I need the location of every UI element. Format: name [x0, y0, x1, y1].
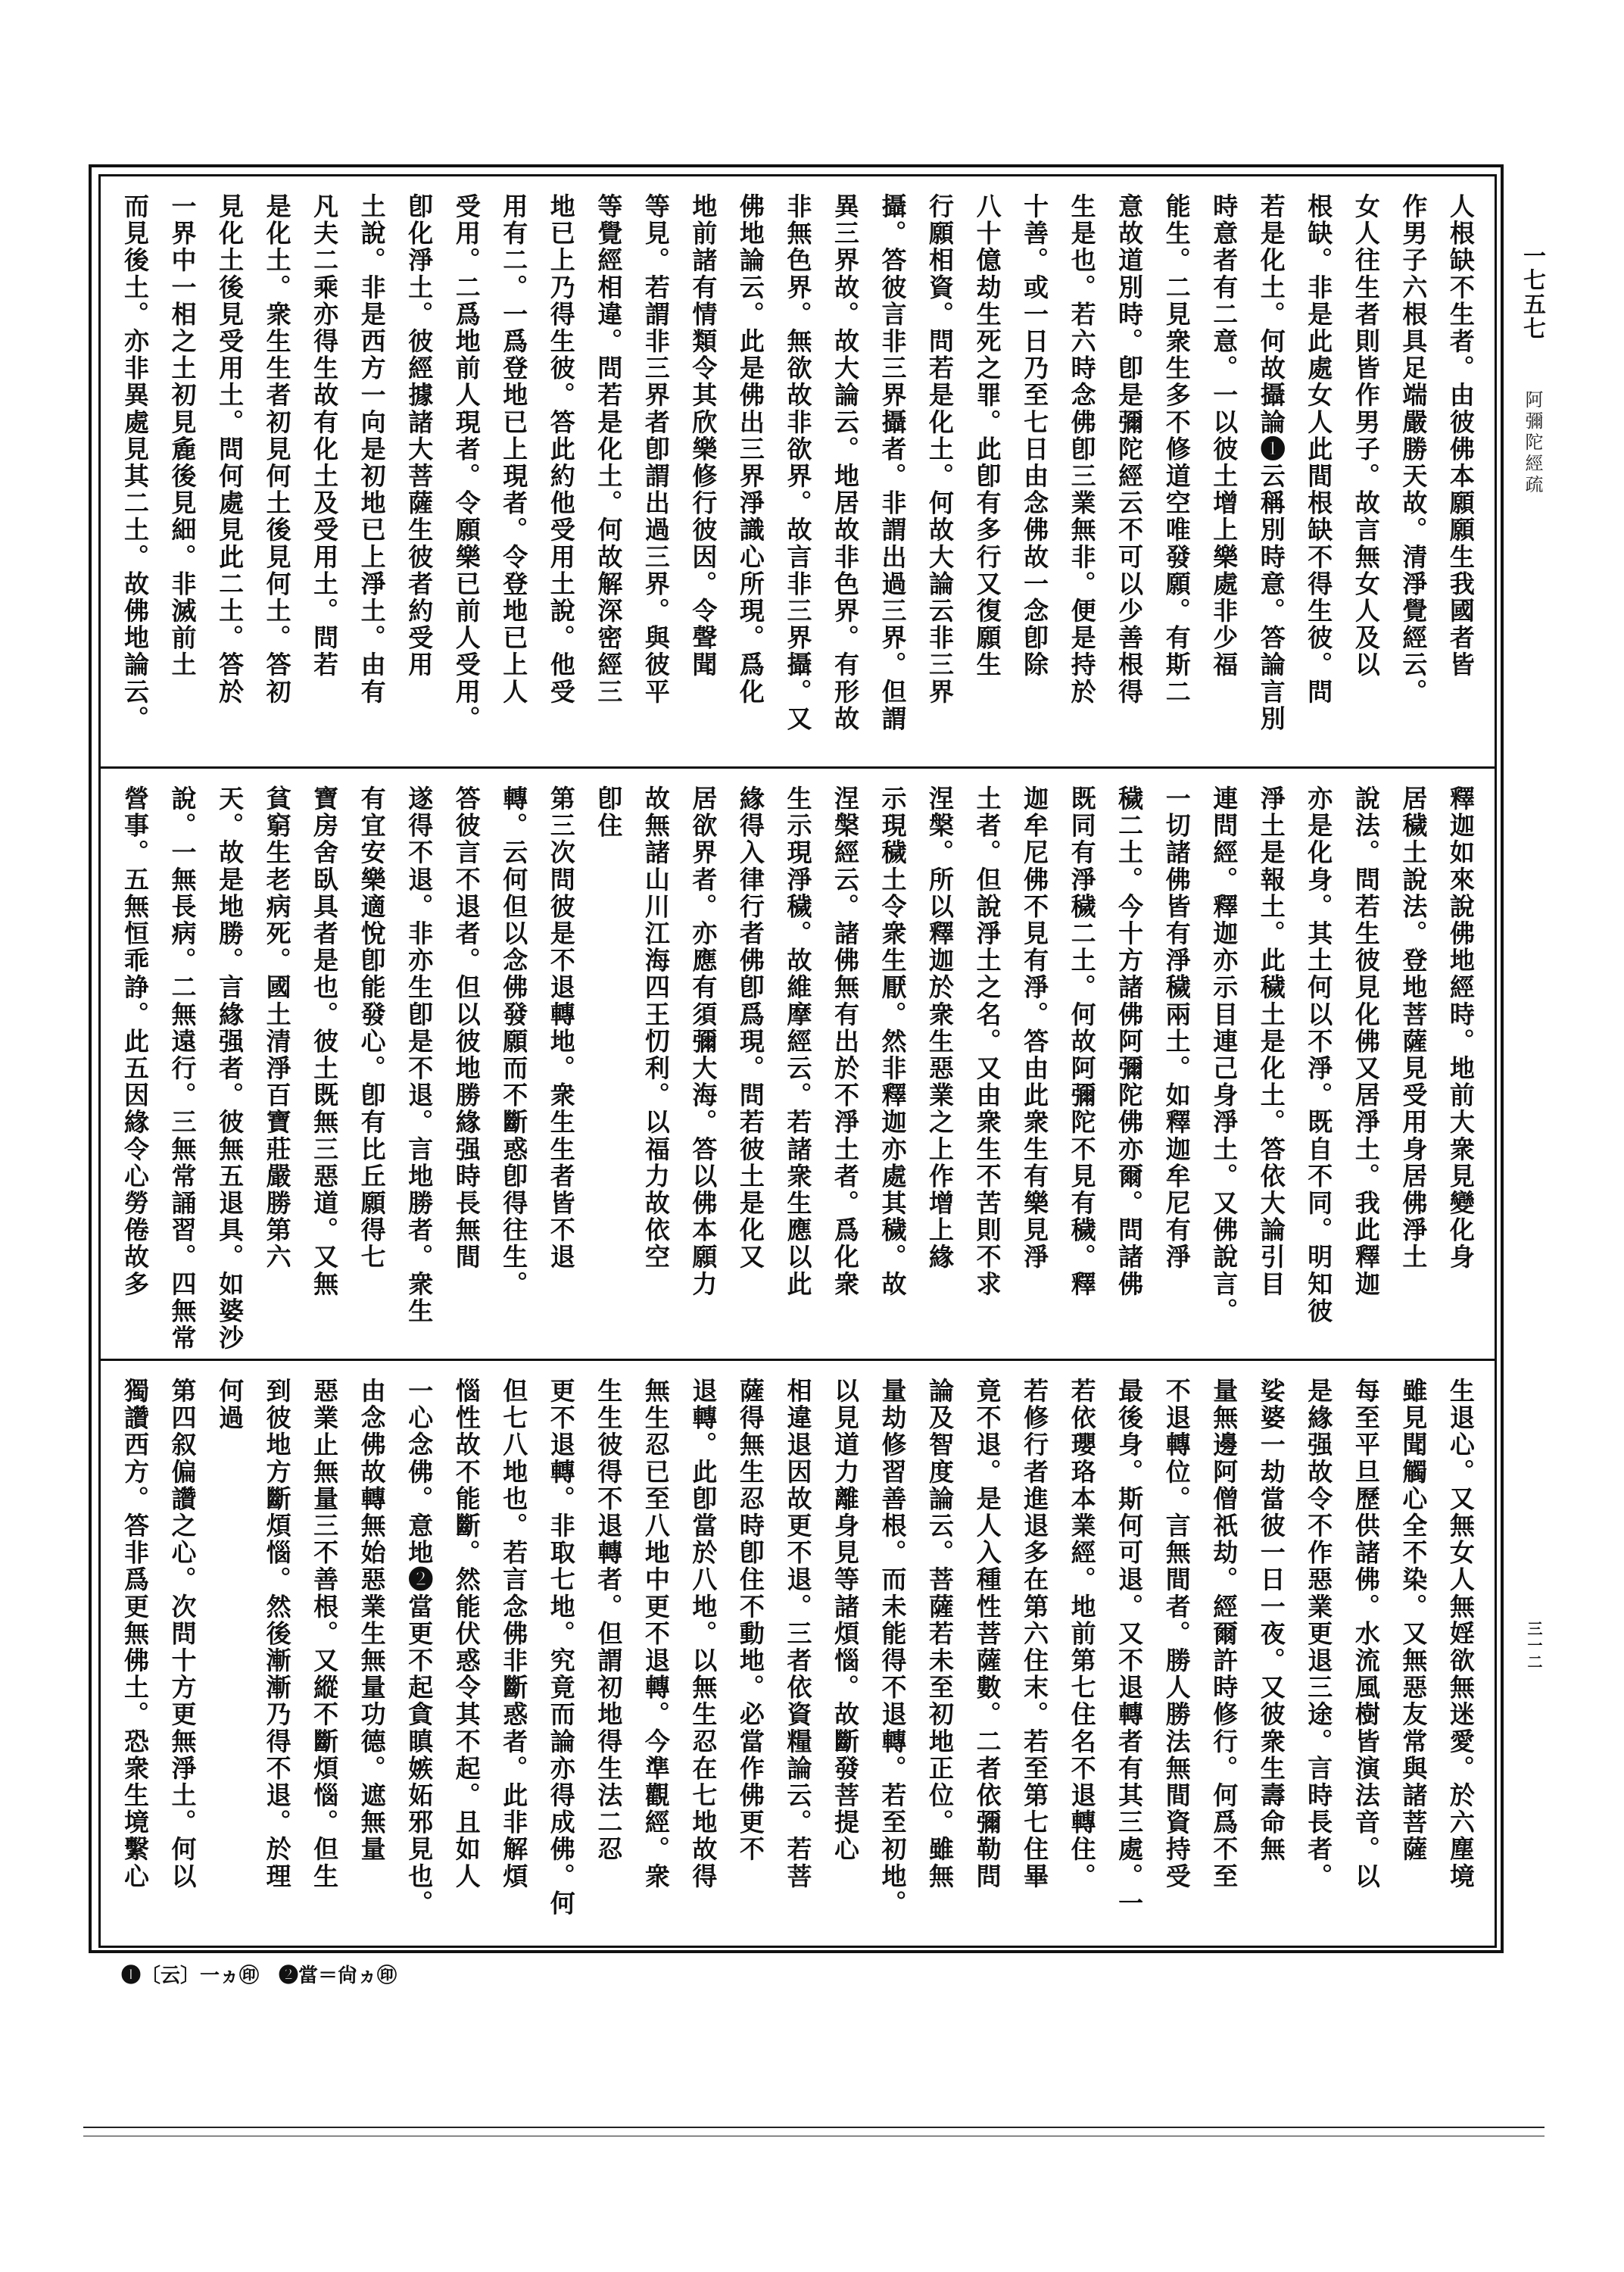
text-column: 生是也。若六時念佛卽三業無非。便是持於 — [1058, 176, 1105, 766]
text-column: 到彼地方斷煩惱。然後漸漸乃得不退。於理 — [254, 1361, 301, 1946]
text-column: 淨土是報土。此穢土是化土。答依大論引目 — [1248, 769, 1295, 1359]
text-column: 人根缺不生者。由彼佛本願願生我國者皆 — [1437, 176, 1484, 766]
text-column: 若修行者進退多在第六住末。若至第七住畢 — [1011, 1361, 1058, 1946]
text-column: 說。一無長病。二無遠行。三無常誦習。四無常 — [159, 769, 206, 1359]
text-column: 地前諸有情類令其欣樂修行彼因。令聲聞 — [679, 176, 726, 766]
text-column: 女人往生者則皆作男子。故言無女人及以 — [1342, 176, 1389, 766]
text-column: 涅槃經云。諸佛無有出於不淨土者。爲化衆 — [821, 769, 868, 1359]
text-column: 生生彼得不退轉者。但謂初地得生法二忍 — [584, 1361, 631, 1946]
text-column: 一界中一相之土初見麁後見細。非滅前土 — [159, 176, 206, 766]
text-column: 根缺。非是此處女人此間根缺不得生彼。問 — [1295, 176, 1342, 766]
text-column: 竟不退。是人入種性菩薩數。二者依彌勒問 — [964, 1361, 1011, 1946]
text-column: 答彼言不退者。但以彼地勝緣强時長無間 — [443, 769, 490, 1359]
text-column: 凡夫二乘亦得生故有化土及受用土。問若 — [301, 176, 348, 766]
text-column: 最後身。斯何可退。又不退轉者有其三處。一 — [1105, 1361, 1152, 1946]
text-column: 雖見聞觸心全不染。又無惡友常與諸菩薩 — [1389, 1361, 1436, 1946]
text-band-middle: 釋迦如來說佛地經時。地前大衆見變化身居穢土說法。登地菩薩見受用身居佛淨土說法。問… — [101, 769, 1495, 1359]
text-column: 無生忍已至八地中更不退轉。今準觀經。衆 — [632, 1361, 679, 1946]
text-column: 八十億劫生死之罪。此卽有多行又復願生 — [964, 176, 1011, 766]
text-column: 說法。問若生彼見化佛又居淨土。我此釋迦 — [1342, 769, 1389, 1359]
text-column: 一心念佛。意地❷當更不起貪瞋嫉妬邪見也。 — [395, 1361, 442, 1946]
text-column: 薩得無生忍時卽住不動地。必當作佛更不 — [727, 1361, 774, 1946]
text-column: 轉。云何但以念佛發願而不斷惑卽得往生。 — [490, 769, 537, 1359]
text-column: 惱性故不能斷。然能伏惑令其不起。且如人 — [443, 1361, 490, 1946]
volume-number: 一七五七 — [1519, 244, 1545, 341]
text-column: 連問經。釋迦亦示目連己身淨土。又佛說言。 — [1200, 769, 1247, 1359]
text-column: 娑婆一劫當彼一日一夜。又彼衆生壽命無 — [1248, 1361, 1295, 1946]
text-column: 由念佛故轉無始惡業生無量功德。遮無量 — [348, 1361, 395, 1946]
text-column: 不退轉位。言無間者。勝人勝法無間資持受 — [1153, 1361, 1200, 1946]
text-column: 攝。答彼言非三界攝者。非謂出過三界。但謂 — [869, 176, 916, 766]
text-column: 營事。五無恒乖諍。此五因緣令心勞倦故多 — [111, 769, 158, 1359]
text-column: 既同有淨穢二土。何故阿彌陀不見有穢。釋 — [1058, 769, 1105, 1359]
text-column: 第四叙偏讚之心。次問十方更無淨土。何以 — [159, 1361, 206, 1946]
text-column: 獨讚西方。答非爲更無佛土。恐衆生境繫心 — [111, 1361, 158, 1946]
text-column: 卽化淨土。彼經據諸大菩薩生彼者約受用 — [395, 176, 442, 766]
text-column: 一切諸佛皆有淨穢兩土。如釋迦牟尼有淨 — [1153, 769, 1200, 1359]
text-column: 論及智度論云。菩薩若未至初地正位。雖無 — [916, 1361, 963, 1946]
text-column: 但七八地也。若言念佛非斷惑者。此非解煩 — [490, 1361, 537, 1946]
text-column: 十善。或一日乃至七日由念佛故一念卽除 — [1011, 176, 1058, 766]
text-column: 寶房舍臥具者是也。彼土既無三惡道。又無 — [301, 769, 348, 1359]
text-column: 異三界故。故大論云。地居故非色界。有形故 — [821, 176, 868, 766]
text-column: 何過 — [206, 1361, 253, 1946]
text-column: 以見道力離身見等諸煩惱。故斷發菩提心 — [821, 1361, 868, 1946]
text-column: 生退心。又無女人無婬欲無迷愛。於六塵境 — [1437, 1361, 1484, 1946]
text-column: 用有二。一爲登地已上現者。令登地已上人 — [490, 176, 537, 766]
running-title: 阿彌陀經疏 — [1522, 390, 1543, 496]
text-column: 穢二土。今十方諸佛阿彌陀佛亦爾。問諸佛 — [1105, 769, 1152, 1359]
text-column: 第三次問彼是不退轉地。衆生生者皆不退 — [538, 769, 584, 1359]
text-column: 迦牟尼佛不見有淨。答由此衆生有樂見淨 — [1011, 769, 1058, 1359]
text-column: 佛地論云。此是佛出三界淨識心所現。爲化 — [727, 176, 774, 766]
text-column: 等見。若謂非三界者卽謂出過三界。與彼平 — [632, 176, 679, 766]
text-column: 土說。非是西方一向是初地已上淨土。由有 — [348, 176, 395, 766]
text-column: 地已上乃得生彼。答此約他受用土說。他受 — [538, 176, 584, 766]
text-column: 故無諸山川江海四王忉利。以福力故依空 — [632, 769, 679, 1359]
text-column: 貧窮生老病死。國土清淨百寶莊嚴勝第六 — [254, 769, 301, 1359]
text-band-top: 人根缺不生者。由彼佛本願願生我國者皆作男子六根具足端嚴勝天故。清淨覺經云。女人往… — [101, 176, 1495, 766]
text-column: 更不退轉。非取七地。究竟而論亦得成佛。何 — [538, 1361, 584, 1946]
text-column: 土者。但說淨土之名。又由衆生不苦則不求 — [964, 769, 1011, 1359]
text-column: 量劫修習善根。而未能得不退轉。若至初地。 — [869, 1361, 916, 1946]
text-column: 作男子六根具足端嚴勝天故。清淨覺經云。 — [1389, 176, 1436, 766]
bottom-rule — [83, 2136, 1545, 2136]
text-column: 是緣强故令不作惡業更退三途。言時長者。 — [1295, 1361, 1342, 1946]
text-column: 非無色界。無欲故非欲界。故言非三界攝。又 — [774, 176, 821, 766]
text-column: 若是化土。何故攝論❶云稱別時意。答論言別 — [1248, 176, 1295, 766]
page-number: 三一二 — [1525, 1621, 1543, 1671]
text-column: 卽住 — [584, 769, 631, 1359]
text-column: 有宜安樂適悅卽能發心。卽有比丘願得七 — [348, 769, 395, 1359]
text-column: 生示現淨穢。故維摩經云。若諸衆生應以此 — [774, 769, 821, 1359]
text-column: 示現穢土令衆生厭。然非釋迦亦處其穢。故 — [869, 769, 916, 1359]
text-column: 意故道別時。卽是彌陀經云不可以少善根得 — [1105, 176, 1152, 766]
text-band-bottom: 生退心。又無女人無婬欲無迷愛。於六塵境雖見聞觸心全不染。又無惡友常與諸菩薩每至平… — [101, 1361, 1495, 1946]
text-column: 受用。二爲地前人現者。令願樂已前人受用。 — [443, 176, 490, 766]
text-column: 天。故是地勝。言緣强者。彼無五退具。如婆沙 — [206, 769, 253, 1359]
footnote-apparatus: ❶〔云〕一ヵ㊞ ❷當＝尙ヵ㊞ — [121, 1960, 397, 1988]
bottom-rule — [83, 2127, 1545, 2128]
text-column: 相違退因故更不退。三者依資糧論云。若菩 — [774, 1361, 821, 1946]
text-column: 涅槃。所以釋迦於衆生惡業之上作增上緣 — [916, 769, 963, 1359]
text-column: 若依瓔珞本業經。地前第七住名不退轉住。 — [1058, 1361, 1105, 1946]
text-column: 遂得不退。非亦生卽是不退。言地勝者。衆生 — [395, 769, 442, 1359]
text-column: 亦是化身。其土何以不淨。既自不同。明知彼 — [1295, 769, 1342, 1359]
text-column: 能生。二見衆生多不修道空唯發願。有斯二 — [1153, 176, 1200, 766]
text-column: 是化土。衆生生者初見何土後見何土。答初 — [254, 176, 301, 766]
text-column: 居欲界者。亦應有須彌大海。答以佛本願力 — [679, 769, 726, 1359]
text-column: 緣得入律行者佛卽爲現。問若彼土是化又 — [727, 769, 774, 1359]
text-column: 惡業止無量三不善根。又縱不斷煩惱。但生 — [301, 1361, 348, 1946]
text-column: 量無邊阿僧祇劫。經爾許時修行。何爲不至 — [1200, 1361, 1247, 1946]
text-column: 退轉。此卽當於八地。以無生忍在七地故得 — [679, 1361, 726, 1946]
text-column: 居穢土說法。登地菩薩見受用身居佛淨土 — [1389, 769, 1436, 1359]
text-column: 時意者有二意。一以彼土增上樂處非少福 — [1200, 176, 1247, 766]
text-column: 等覺經相違。問若是化土。何故解深密經三 — [584, 176, 631, 766]
text-column: 釋迦如來說佛地經時。地前大衆見變化身 — [1437, 769, 1484, 1359]
text-column: 行願相資。問若是化土。何故大論云非三界 — [916, 176, 963, 766]
text-column: 見化土後見受用土。問何處見此二土。答於 — [206, 176, 253, 766]
text-column: 每至平旦歷供諸佛。水流風樹皆演法音。以 — [1342, 1361, 1389, 1946]
text-column: 而見後土。亦非異處見其二土。故佛地論云。 — [111, 176, 158, 766]
